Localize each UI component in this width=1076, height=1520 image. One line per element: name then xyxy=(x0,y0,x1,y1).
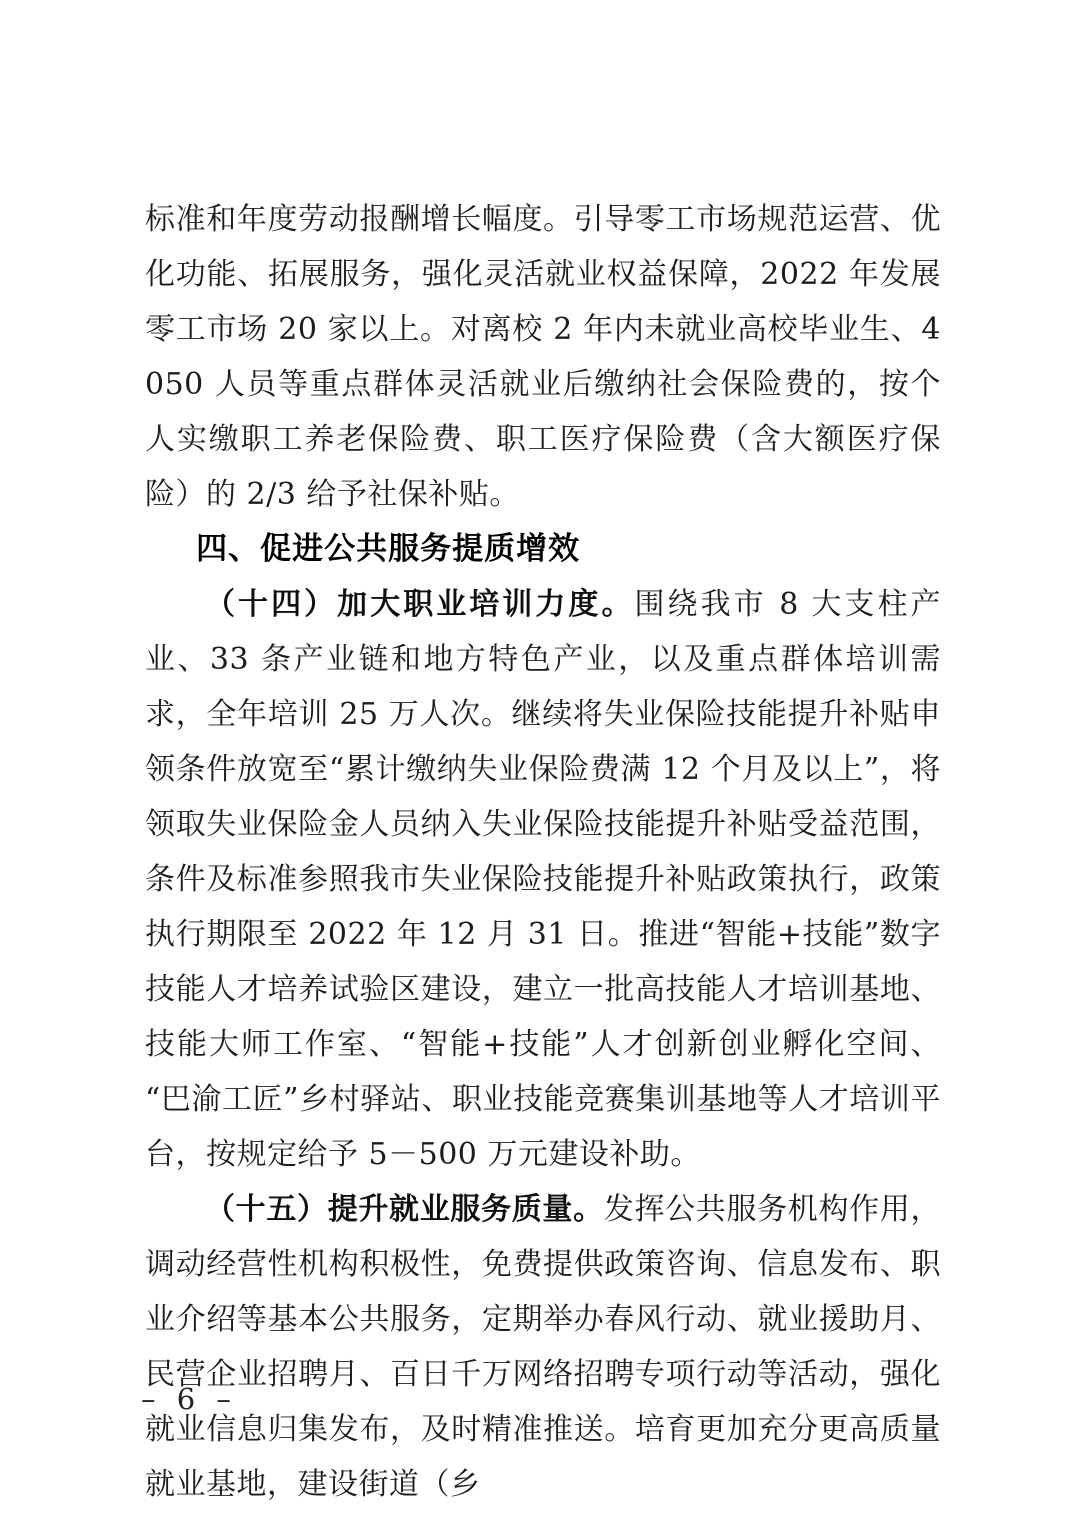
paragraph-item-15-lead: （十五）提升就业服务质量。 xyxy=(205,1192,604,1227)
paragraph-item-14-lead: （十四）加大职业培训力度。 xyxy=(205,587,635,622)
paragraph-continuation: 标准和年度劳动报酬增长幅度。引导零工市场规范运营、优化功能、拓展服务，强化灵活就… xyxy=(145,192,941,522)
document-page: 标准和年度劳动报酬增长幅度。引导零工市场规范运营、优化功能、拓展服务，强化灵活就… xyxy=(0,0,1076,1520)
section-heading: 四、促进公共服务提质增效 xyxy=(145,522,941,577)
page-number: – 6 – xyxy=(141,1382,237,1416)
document-body: 标准和年度劳动报酬增长幅度。引导零工市场规范运营、优化功能、拓展服务，强化灵活就… xyxy=(145,192,941,1512)
paragraph-item-14-text: 围绕我市 8 大支柱产业、33 条产业链和地方特色产业，以及重点群体培训需求，全… xyxy=(145,587,941,1172)
paragraph-item-15: （十五）提升就业服务质量。发挥公共服务机构作用，调动经营性机构积极性，免费提供政… xyxy=(145,1182,941,1512)
paragraph-item-15-text: 发挥公共服务机构作用，调动经营性机构积极性，免费提供政策咨询、信息发布、职业介绍… xyxy=(145,1192,941,1502)
paragraph-item-14: （十四）加大职业培训力度。围绕我市 8 大支柱产业、33 条产业链和地方特色产业… xyxy=(145,577,941,1182)
